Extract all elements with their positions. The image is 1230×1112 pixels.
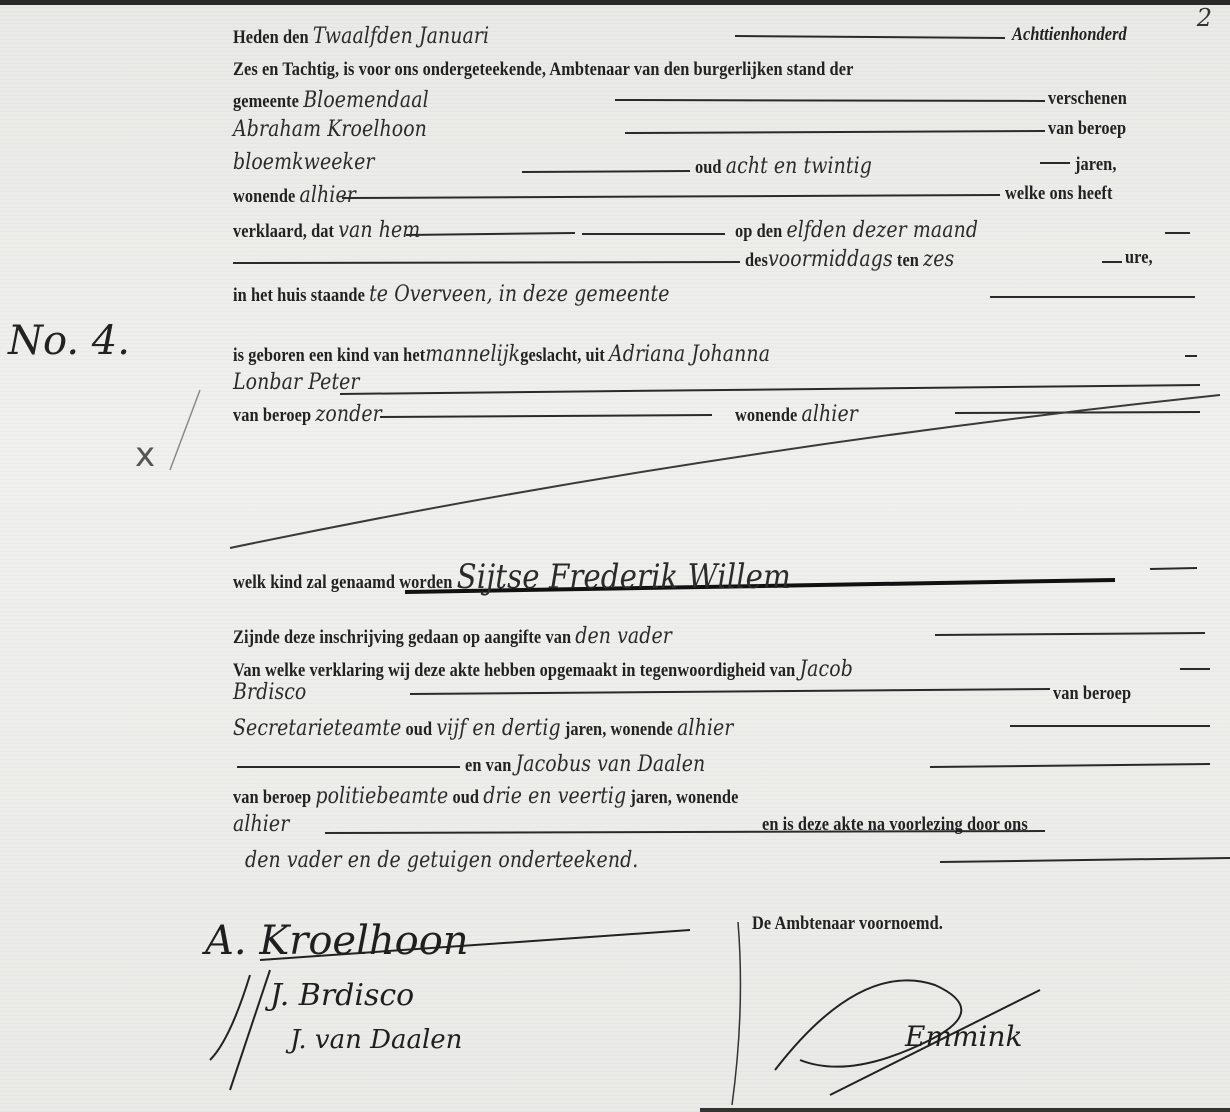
handwritten-witness2-occupation: politiebeamte	[315, 784, 448, 809]
line-10: is geboren een kind van hetmannelijkgesl…	[233, 342, 770, 367]
line-7-right: op den elfden dezer maand	[735, 218, 978, 243]
line-12-right: wonende alhier	[735, 402, 858, 427]
handwritten-witness1-occupation: Secretarieteamte	[233, 716, 401, 741]
handwritten-father-name: Abraham Kroelhoon	[233, 117, 427, 142]
handwritten-date: Twaalfden Januari	[313, 24, 489, 49]
handwritten-child-name: Sijtse Frederik Willem	[457, 557, 791, 597]
printed-text: jaren, wonende	[630, 787, 738, 808]
signature-witness2: J. van Daalen	[290, 1025, 462, 1055]
handwritten-birth-day: elfden dezer maand	[786, 218, 978, 243]
line-7: verklaard, dat van hem	[233, 218, 420, 243]
printed-text: en van	[465, 755, 511, 776]
printed-text: in het huis staande	[233, 285, 365, 306]
handwritten-signed-by: den vader en de getuigen onderteekend.	[245, 848, 638, 873]
handwritten-residence: alhier	[300, 183, 356, 208]
printed-text: welk kind zal genaamd worden	[233, 572, 452, 593]
line-17: Secretarieteamte oud vijf en dertig jare…	[233, 716, 733, 741]
printed-text: wonende	[735, 405, 797, 426]
handwritten-mother-occupation: zonder	[315, 402, 381, 427]
line-2: Zes en Tachtig, is voor ons ondergeteeke…	[233, 59, 853, 81]
handwritten-mother-residence: alhier	[802, 402, 858, 427]
signature-father: A. Kroelhoon	[205, 918, 469, 964]
line-15: Van welke verklaring wij deze akte hebbe…	[233, 657, 853, 682]
printed-text: van beroep	[233, 405, 311, 426]
line-12: van beroep zonder	[233, 402, 382, 427]
signature-official: Emmink	[905, 1020, 1023, 1053]
handwritten-witness2-name: Jacobus van Daalen	[516, 752, 706, 777]
printed-text: des	[745, 250, 768, 271]
printed-text: gemeente	[233, 91, 299, 112]
printed-text: Zijnde deze inschrijving gedaan op aangi…	[233, 627, 571, 648]
line-1: Heden den Twaalfden Januari	[233, 24, 489, 49]
printed-text: welke ons heeft	[1005, 183, 1112, 205]
printed-text: oud	[406, 719, 433, 740]
printed-text: oud	[695, 157, 722, 178]
handwritten-witness2-age: drie en veertig	[483, 784, 626, 809]
handwritten-hour: zes	[923, 247, 954, 272]
printed-text: van beroep	[233, 787, 311, 808]
printed-text: ure,	[1125, 247, 1153, 269]
printed-text: wonende	[233, 186, 295, 207]
handwritten-time-of-day: voormiddags	[768, 247, 893, 272]
line-9: in het huis staande te Overveen, in deze…	[233, 282, 670, 307]
handwritten-witness1-residence: alhier	[677, 716, 733, 741]
line-5-mid: oud acht en twintig	[695, 154, 872, 179]
handwritten-mother-name: Adriana Johanna	[609, 342, 770, 367]
printed-text: Heden den	[233, 27, 309, 48]
printed-text: op den	[735, 221, 782, 242]
printed-text: ten	[897, 250, 919, 271]
handwritten-municipality: Bloemendaal	[303, 88, 429, 113]
document-page: 2 No. 4. x	[0, 0, 1230, 1112]
handwritten-witness1-firstname: Jacob	[800, 657, 853, 682]
handwritten-sex: mannelijk	[425, 342, 520, 367]
line-14: Zijnde deze inschrijving gedaan op aangi…	[233, 624, 672, 649]
printed-text: geslacht, uit	[520, 345, 605, 366]
line-13: welk kind zal genaamd worden Sijtse Fred…	[233, 557, 791, 597]
official-label: De Ambtenaar voornoemd.	[752, 913, 943, 935]
printed-text: en is deze akte na voorlezing door ons	[762, 814, 1028, 836]
printed-text: jaren, wonende	[565, 719, 673, 740]
handwritten-witness1-surname: Brdisco	[233, 680, 306, 705]
printed-text: van beroep	[1048, 118, 1126, 140]
form-rules	[0, 0, 1230, 1112]
line-8: desvoormiddags ten zes	[745, 247, 954, 272]
handwritten-father-occupation: bloemkweeker	[233, 150, 374, 175]
handwritten-birth-place: te Overveen, in deze gemeente	[369, 282, 669, 307]
printed-text: van beroep	[1053, 683, 1131, 705]
printed-text: verklaard, dat	[233, 221, 334, 242]
handwritten-witness1-age: vijf en dertig	[436, 716, 560, 741]
printed-text: verschenen	[1048, 88, 1127, 110]
printed-text: Van welke verklaring wij deze akte hebbe…	[233, 660, 795, 681]
printed-year-text: Achttienhonderd	[1012, 24, 1127, 46]
handwritten-declared: van hem	[338, 218, 420, 243]
line-18: en van Jacobus van Daalen	[465, 752, 705, 777]
line-6: wonende alhier	[233, 183, 356, 208]
handwritten-declarant: den vader	[575, 624, 672, 649]
printed-text: is geboren een kind van het	[233, 345, 425, 366]
line-19: van beroep politiebeamte oud drie en vee…	[233, 784, 738, 809]
handwritten-witness2-residence: alhier	[233, 812, 289, 837]
signature-witness1: J. Brdisco	[270, 978, 414, 1013]
handwritten-mother-surname: Lonbar Peter	[233, 370, 360, 395]
printed-text: oud	[452, 787, 479, 808]
handwritten-father-age: acht en twintig	[726, 154, 872, 179]
printed-text: jaren,	[1075, 154, 1117, 176]
line-3: gemeente Bloemendaal	[233, 88, 429, 113]
